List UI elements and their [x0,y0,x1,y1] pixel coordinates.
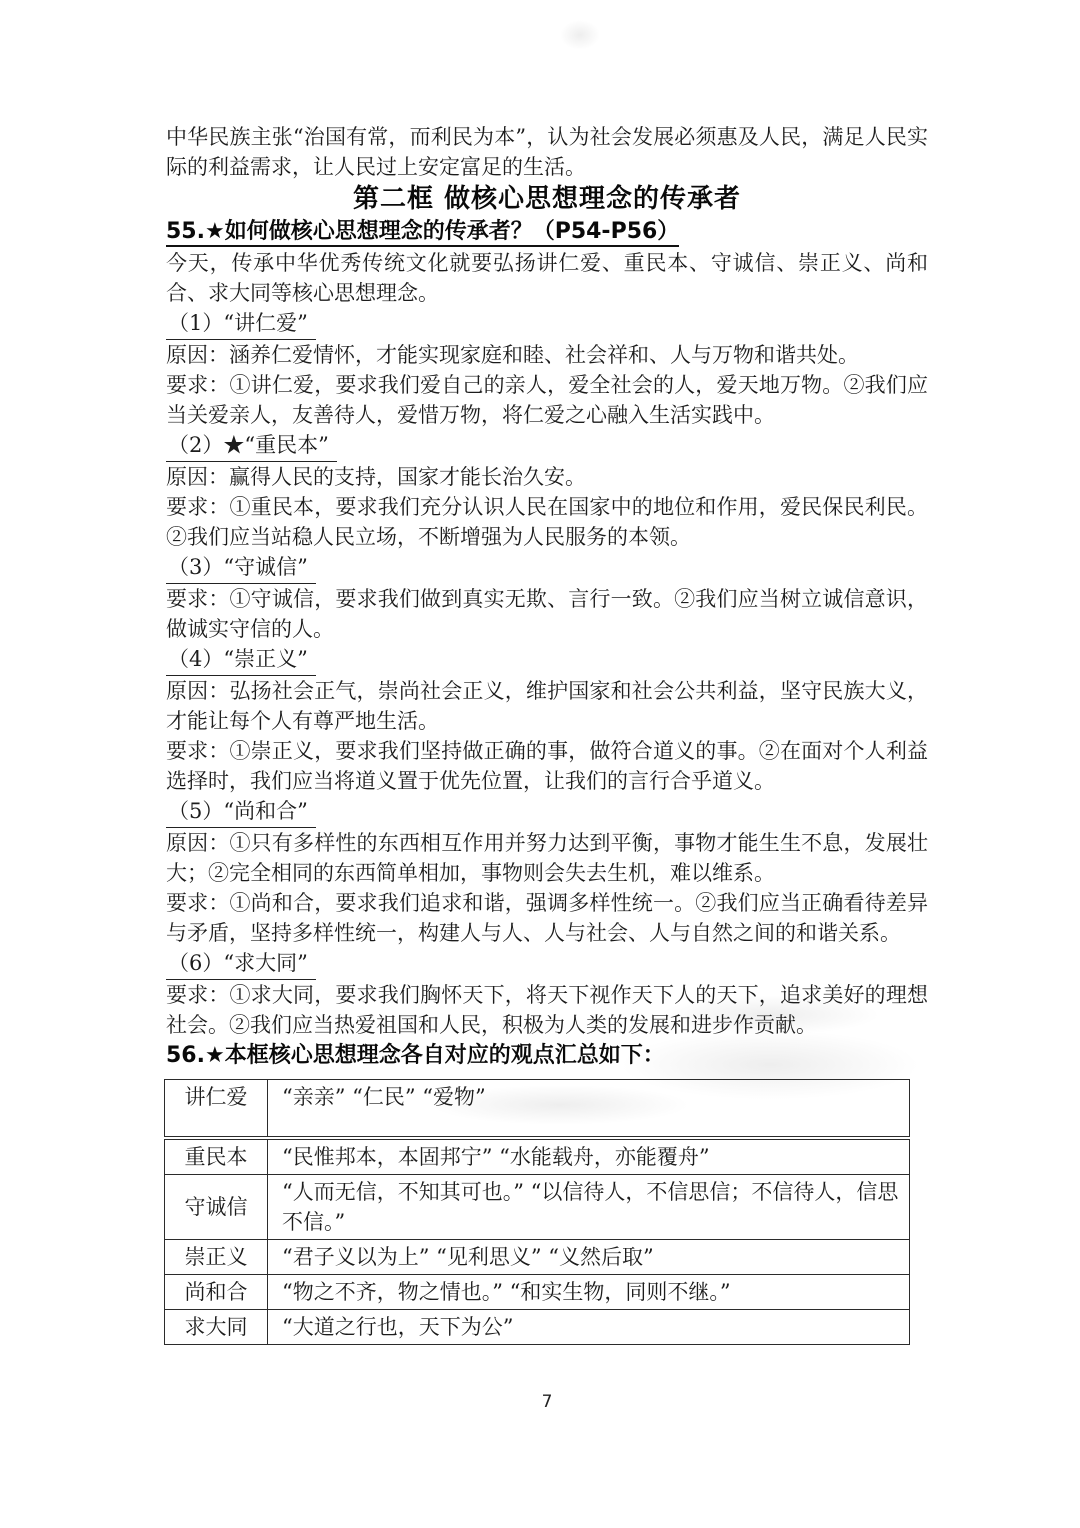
concept-reason: 原因：弘扬社会正气，崇尚社会正义，维护国家和社会公共利益，坚守民族大义，才能让每… [166,676,928,736]
concept-cell: 重民本 [165,1138,268,1175]
concept-item-6: （6）“求大同” 要求：①求大同，要求我们胸怀天下，将天下视作天下人的天下，追求… [166,948,928,1040]
concept-cell: 守诚信 [165,1175,268,1240]
document-page: 中华民族主张“治国有常，而利民为本”，认为社会发展必须惠及人民，满足人民实际的利… [0,0,1080,1528]
concept-cell: 崇正义 [165,1240,268,1275]
quotes-cell: “物之不齐，物之情也。” “和实生物，同则不继。” [268,1275,910,1310]
section-heading: 第二框 做核心思想理念的传承者 [166,182,928,216]
table-row: 尚和合 “物之不齐，物之情也。” “和实生物，同则不继。” [165,1275,910,1310]
table-row: 重民本 “民惟邦本，本固邦宁” “水能载舟，亦能覆舟” [165,1138,910,1175]
concept-requirement: 要求：①尚和合，要求我们追求和谐，强调多样性统一。②我们应当正确看待差异与矛盾，… [166,888,928,948]
concept-item-title-text: （5）“尚和合” [166,796,316,828]
concept-requirement: 要求：①讲仁爱，要求我们爱自己的亲人，爱全社会的人，爱天地万物。②我们应当关爱亲… [166,370,928,430]
concept-item-title-text: （4）“崇正义” [166,644,316,676]
concept-item-title-text: （2）★“重民本” [166,430,337,462]
concept-reason: 原因：①只有多样性的东西相互作用并努力达到平衡，事物才能生生不息，发展壮大；②完… [166,828,928,888]
concept-item-title-text: （1）“讲仁爱” [166,308,316,340]
concept-item-1: （1）“讲仁爱” 原因：涵养仁爱情怀，才能实现家庭和睦、社会祥和、人与万物和谐共… [166,308,928,430]
table-row: 求大同 “大道之行也，天下为公” [165,1310,910,1345]
concept-requirement: 要求：①崇正义，要求我们坚持做正确的事，做符合道义的事。②在面对个人利益选择时，… [166,736,928,796]
table-row: 讲仁爱 “亲亲” “仁民” “爱物” [165,1080,910,1139]
content-column: 中华民族主张“治国有常，而利民为本”，认为社会发展必须惠及人民，满足人民实际的利… [166,122,928,1345]
concept-item-title-text: （6）“求大同” [166,948,316,980]
question-55-heading-text: 55.★如何做核心思想理念的传承者？（P54-P56） [166,219,679,247]
page-number: 7 [166,1392,928,1412]
concept-item-title-text: （3）“守诚信” [166,552,316,584]
quotes-cell: “君子义以为上” “见利思义” “义然后取” [268,1240,910,1275]
concept-item-3: （3）“守诚信” 要求：①守诚信，要求我们做到真实无欺、言行一致。②我们应当树立… [166,552,928,644]
concept-cell: 讲仁爱 [165,1080,268,1139]
concept-item-title: （6）“求大同” [166,948,928,980]
quotes-cell: “民惟邦本，本固邦宁” “水能载舟，亦能覆舟” [268,1138,910,1175]
concepts-table: 讲仁爱 “亲亲” “仁民” “爱物” 重民本 “民惟邦本，本固邦宁” “水能载舟… [164,1079,910,1345]
concept-requirement: 要求：①守诚信，要求我们做到真实无欺、言行一致。②我们应当树立诚信意识，做诚实守… [166,584,928,644]
concept-cell: 尚和合 [165,1275,268,1310]
concept-cell: 求大同 [165,1310,268,1345]
concept-item-title: （3）“守诚信” [166,552,928,584]
quotes-cell: “亲亲” “仁民” “爱物” [268,1080,910,1139]
concept-item-title: （2）★“重民本” [166,430,928,462]
quotes-cell: “人而无信，不知其可也。” “以信待人，不信思信；不信待人，信思不信。” [268,1175,910,1240]
table-row: 守诚信 “人而无信，不知其可也。” “以信待人，不信思信；不信待人，信思不信。” [165,1175,910,1240]
question-56-heading: 56.★本框核心思想理念各自对应的观点汇总如下： [166,1040,928,1072]
concept-item-4: （4）“崇正义” 原因：弘扬社会正气，崇尚社会正义，维护国家和社会公共利益，坚守… [166,644,928,796]
table-row: 崇正义 “君子义以为上” “见利思义” “义然后取” [165,1240,910,1275]
concept-item-title: （5）“尚和合” [166,796,928,828]
question-55-intro: 今天，传承中华优秀传统文化就要弘扬讲仁爱、重民本、守诚信、崇正义、尚和合、求大同… [166,248,928,308]
concept-item-2: （2）★“重民本” 原因：赢得人民的支持，国家才能长治久安。 要求：①重民本，要… [166,430,928,552]
concept-item-title: （4）“崇正义” [166,644,928,676]
concept-item-5: （5）“尚和合” 原因：①只有多样性的东西相互作用并努力达到平衡，事物才能生生不… [166,796,928,948]
concept-requirement: 要求：①求大同，要求我们胸怀天下，将天下视作天下人的天下，追求美好的理想社会。②… [166,980,928,1040]
question-55-heading: 55.★如何做核心思想理念的传承者？（P54-P56） [166,216,928,248]
quotes-cell: “大道之行也，天下为公” [268,1310,910,1345]
concept-requirement: 要求：①重民本，要求我们充分认识人民在国家中的地位和作用，爱民保民利民。②我们应… [166,492,928,552]
concept-reason: 原因：涵养仁爱情怀，才能实现家庭和睦、社会祥和、人与万物和谐共处。 [166,340,928,370]
concept-item-title: （1）“讲仁爱” [166,308,928,340]
concept-reason: 原因：赢得人民的支持，国家才能长治久安。 [166,462,928,492]
scan-smudge [560,20,600,50]
intro-paragraph: 中华民族主张“治国有常，而利民为本”，认为社会发展必须惠及人民，满足人民实际的利… [166,122,928,182]
